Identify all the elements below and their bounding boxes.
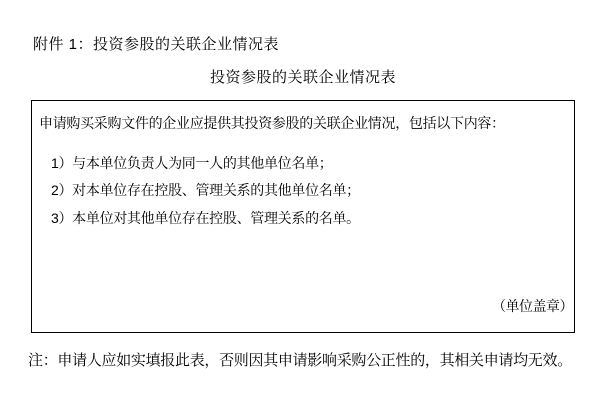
content-box: 申请购买采购文件的企业应提供其投资参股的关联企业情况，包括以下内容： 1）与本单… (31, 100, 575, 333)
intro-paragraph: 申请购买采购文件的企业应提供其投资参股的关联企业情况，包括以下内容： (39, 114, 568, 132)
footer-note: 注：申请人应如实填报此表，否则因其申请影响采购公正性的，其相关申请均无效。 (28, 351, 572, 370)
list-item-controlling-this-unit: 2）对本单位存在控股、管理关系的其他单位名单； (51, 181, 360, 199)
document-title: 投资参股的关联企业情况表 (31, 69, 575, 87)
document-page: 附件 1：投资参股的关联企业情况表 投资参股的关联企业情况表 申请购买采购文件的… (0, 0, 598, 404)
list-item-controlled-by-this-unit: 3）本单位对其他单位存在控股、管理关系的名单。 (51, 209, 360, 227)
attachment-label: 附件 1：投资参股的关联企业情况表 (33, 36, 279, 53)
list-item-same-principal: 1）与本单位负责人为同一人的其他单位名单； (51, 154, 333, 172)
unit-seal-placeholder: （单位盖章） (492, 296, 573, 316)
